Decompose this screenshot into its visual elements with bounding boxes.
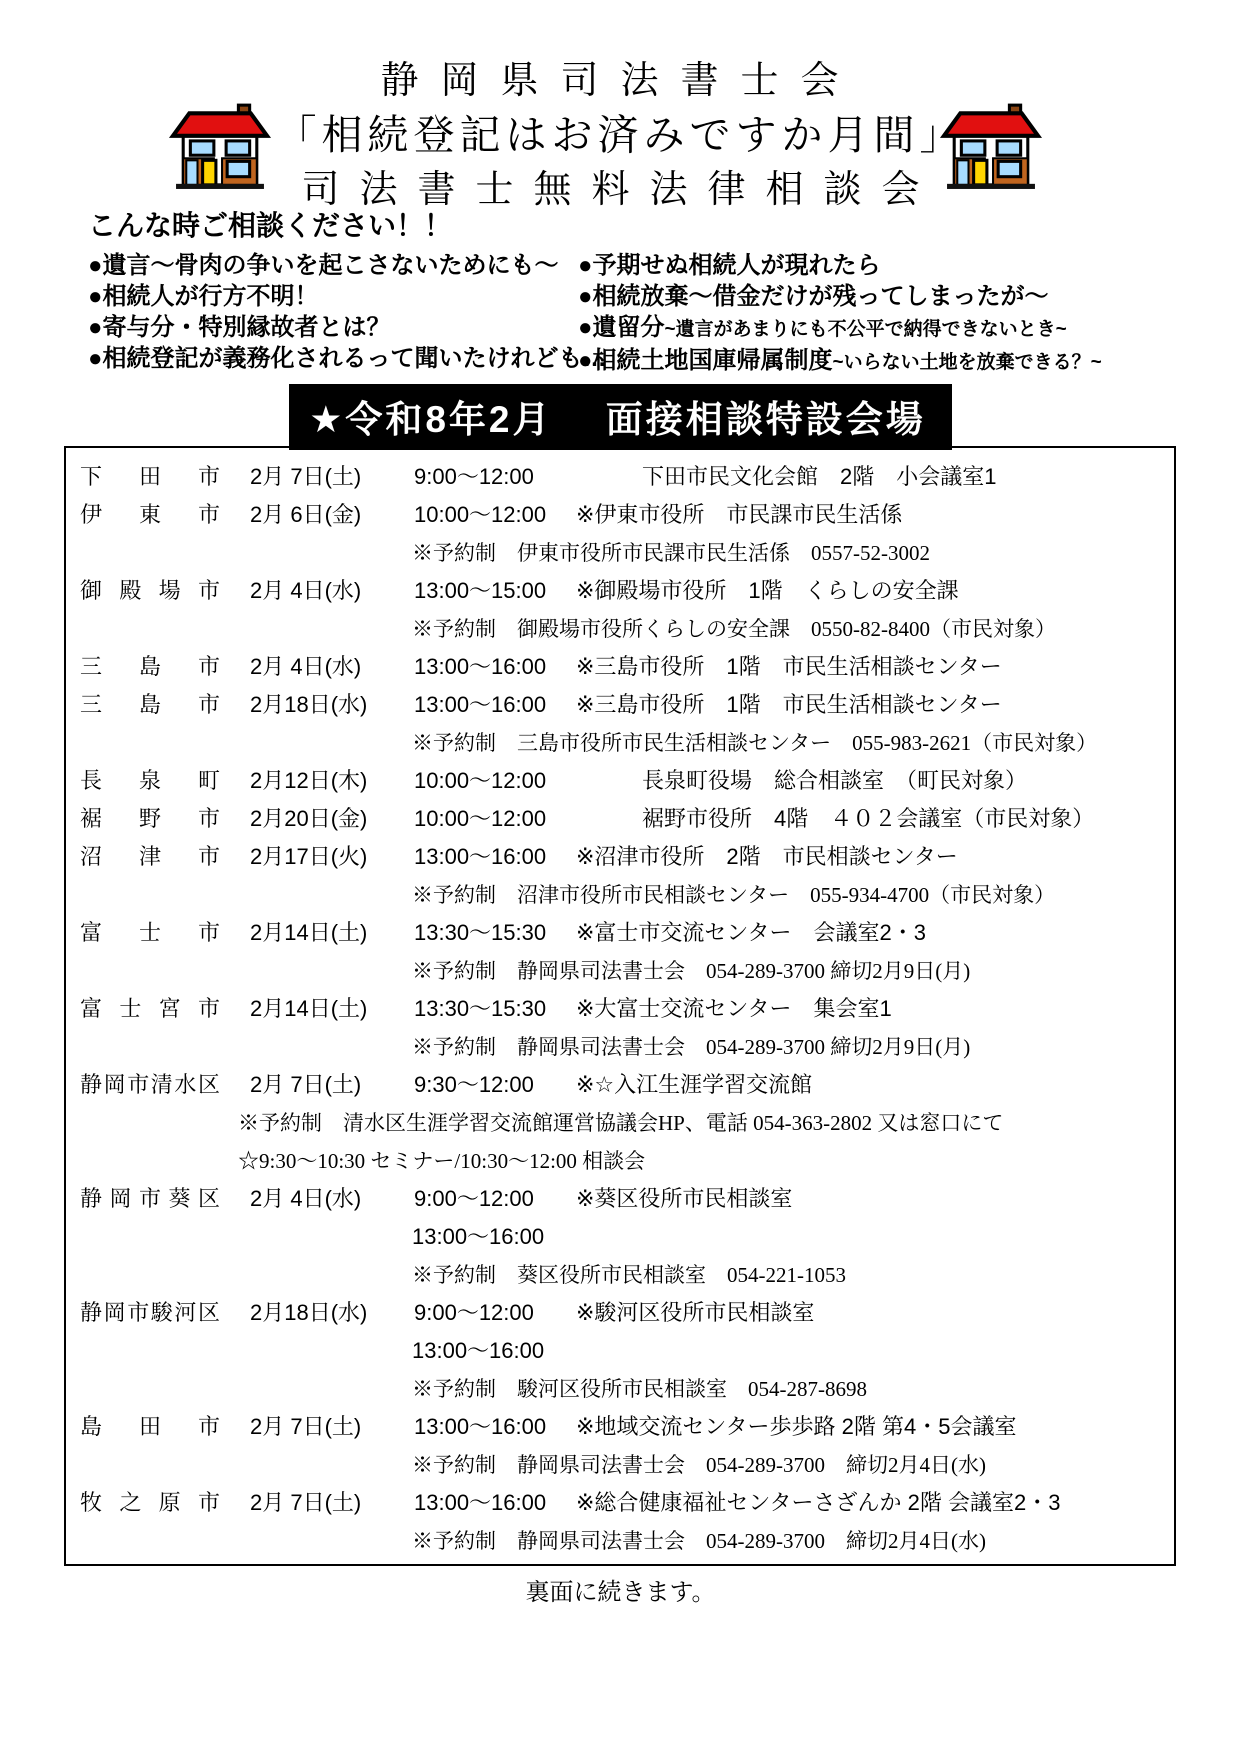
house-icon (162, 99, 278, 191)
cell-venue: ※☆入江生涯学習交流館 (576, 1066, 812, 1104)
note-line: ※予約制 沼津市役所市民相談センター 055-934-4700（市民対象） (66, 876, 1174, 914)
intro-section: こんな時ご相談ください！！ ●遺言～骨肉の争いを起こさないためにも～●相続人が行… (88, 208, 1178, 378)
cell-time: 9:30～12:00 (414, 1066, 576, 1104)
table-row: 御殿場市2月 4日(水)13:00～15:00※御殿場市役所 1階 くらしの安全… (66, 572, 1174, 648)
schedule-table: 下田市2月 7日(土) 9:00～12:00下田市民文化会館 2階 小会議室1伊… (64, 446, 1176, 1566)
cell-venue: ※御殿場市役所 1階 くらしの安全課 (576, 572, 959, 610)
cell-city: 伊東市 (80, 496, 220, 534)
cell-date: 2月20日(金) (250, 800, 396, 838)
cell-date: 2月18日(水) (250, 686, 396, 724)
footer-note: 裏面に続きます。 (0, 1572, 1241, 1607)
cell-city: 三島市 (80, 686, 220, 724)
table-row: 牧之原市2月 7日(土)13:00～16:00※総合健康福祉センターさざんか 2… (66, 1484, 1174, 1560)
note-line: ※予約制 三島市役所市民生活相談センター 055-983-2621（市民対象） (66, 724, 1174, 762)
note-line: ※予約制 御殿場市役所くらしの安全課 0550-82-8400（市民対象） (66, 610, 1174, 648)
cell-venue: ※三島市役所 1階 市民生活相談センター (576, 648, 1002, 686)
cell-city: 静岡市駿河区 (80, 1294, 220, 1332)
cell-city: 島田市 (80, 1408, 220, 1446)
bullets-right: ●予期せぬ相続人が現れたら●相続放棄～借金だけが残ってしまったが～●遺留分~遺言… (578, 250, 1178, 378)
cell-date: 2月 4日(水) (250, 1180, 396, 1218)
banner-text: ★令和8年2月 面接相談特設会場 (289, 384, 952, 450)
cell-venue: 下田市民文化会館 2階 小会議室1 (576, 458, 996, 496)
cell-time: 13:00～16:00 (414, 838, 576, 876)
cell-venue: ※伊東市役所 市民課市民生活係 (576, 496, 902, 534)
cell-city: 裾野市 (80, 800, 220, 838)
cell-time: 13:00～16:00 (414, 648, 576, 686)
note-line: ※予約制 葵区役所市民相談室 054-221-1053 (66, 1256, 1174, 1294)
note-line: ※予約制 駿河区役所市民相談室 054-287-8698 (66, 1370, 1174, 1408)
section-banner: ★令和8年2月 面接相談特設会場 (0, 384, 1241, 450)
cell-city: 静岡市清水区 (80, 1066, 220, 1104)
bullet-item: ●相続放棄～借金だけが残ってしまったが～ (578, 281, 1178, 312)
cell-venue: ※三島市役所 1階 市民生活相談センター (576, 686, 1002, 724)
cell-venue: 裾野市役所 4階 ４０２会議室（市民対象） (576, 800, 1094, 838)
cell-city: 御殿場市 (80, 572, 220, 610)
cell-date: 2月14日(土) (250, 914, 396, 952)
bullet-item: ●相続人が行方不明！ (88, 281, 578, 312)
cell-date: 2月17日(火) (250, 838, 396, 876)
bullet-item: ●遺言～骨肉の争いを起こさないためにも～ (88, 250, 578, 281)
cell-time: 10:00～12:00 (414, 800, 576, 838)
intro-heading: こんな時ご相談ください！！ (88, 208, 1178, 244)
header: 静岡県司法書士会 「相続登記はお済みですか月間」 司法書士無料法律相談会 (0, 55, 1241, 217)
cell-date: 2月 7日(土) (250, 1408, 396, 1446)
cell-venue: ※富士市交流センター 会議室2・3 (576, 914, 926, 952)
table-row: 島田市2月 7日(土)13:00～16:00※地域交流センター歩歩路 2階 第4… (66, 1408, 1174, 1484)
bullet-item: ●寄与分・特別縁故者とは？ (88, 312, 578, 343)
bullet-item: ●相続登記が義務化されるって聞いたけれども… (88, 343, 578, 374)
table-row: 静岡市葵区2月 4日(水) 9:00～12:00※葵区役所市民相談室13:00～… (66, 1180, 1174, 1294)
cell-date: 2月 6日(金) (250, 496, 396, 534)
house-icon (933, 99, 1049, 191)
cell-venue: ※地域交流センター歩歩路 2階 第4・5会議室 (576, 1408, 1017, 1446)
cell-city: 沼津市 (80, 838, 220, 876)
table-row: 伊東市2月 6日(金)10:00～12:00※伊東市役所 市民課市民生活係※予約… (66, 496, 1174, 572)
cell-venue: 長泉町役場 総合相談室 （町民対象） (576, 762, 1027, 800)
cell-time: 9:00～12:00 (414, 1180, 576, 1218)
table-row: 裾野市2月20日(金)10:00～12:00裾野市役所 4階 ４０２会議室（市民… (66, 800, 1174, 838)
table-row: 静岡市清水区2月 7日(土) 9:30～12:00※☆入江生涯学習交流館※予約制… (66, 1066, 1174, 1180)
note-line: ☆9:30～10:30 セミナー/10:30～12:00 相談会 (66, 1142, 1174, 1180)
cell-date: 2月 7日(土) (250, 458, 396, 496)
table-row: 長泉町2月12日(木)10:00～12:00長泉町役場 総合相談室 （町民対象） (66, 762, 1174, 800)
cell-date: 2月 4日(水) (250, 572, 396, 610)
cell-city: 静岡市葵区 (80, 1180, 220, 1218)
cell-time: 9:00～12:00 (414, 1294, 576, 1332)
cell-time: 13:00～16:00 (414, 1408, 576, 1446)
cell-date: 2月 4日(水) (250, 648, 396, 686)
cell-city: 三島市 (80, 648, 220, 686)
cell-time2: 13:00～16:00 (66, 1218, 1174, 1256)
cell-date: 2月14日(土) (250, 990, 396, 1028)
cell-date: 2月 7日(土) (250, 1484, 396, 1522)
cell-city: 富士宮市 (80, 990, 220, 1028)
table-row: 三島市2月18日(水)13:00～16:00※三島市役所 1階 市民生活相談セン… (66, 686, 1174, 762)
cell-time: 10:00～12:00 (414, 762, 576, 800)
bullet-item: ●相続土地国庫帰属制度~いらない土地を放棄できる？~ (578, 345, 1178, 378)
note-line: ※予約制 静岡県司法書士会 054-289-3700 締切2月4日(水) (66, 1446, 1174, 1484)
cell-time: 13:00～16:00 (414, 1484, 576, 1522)
cell-time: 10:00～12:00 (414, 496, 576, 534)
note-line: ※予約制 静岡県司法書士会 054-289-3700 締切2月9日(月) (66, 1028, 1174, 1066)
cell-time: 13:30～15:30 (414, 990, 576, 1028)
bullet-columns: ●遺言～骨肉の争いを起こさないためにも～●相続人が行方不明！●寄与分・特別縁故者… (88, 250, 1178, 378)
cell-date: 2月12日(木) (250, 762, 396, 800)
note-line: ※予約制 伊東市役所市民課市民生活係 0557-52-3002 (66, 534, 1174, 572)
cell-time: 13:00～15:00 (414, 572, 576, 610)
cell-city: 下田市 (80, 458, 220, 496)
cell-time: 13:30～15:30 (414, 914, 576, 952)
note-line: ※予約制 静岡県司法書士会 054-289-3700 締切2月9日(月) (66, 952, 1174, 990)
table-row: 静岡市駿河区2月18日(水) 9:00～12:00※駿河区役所市民相談室13:0… (66, 1294, 1174, 1408)
table-row: 沼津市2月17日(火)13:00～16:00※沼津市役所 2階 市民相談センター… (66, 838, 1174, 914)
bullet-item: ●遺留分~遺言があまりにも不公平で納得できないとき~ (578, 312, 1178, 345)
cell-date: 2月 7日(土) (250, 1066, 396, 1104)
table-row: 富士市2月14日(土)13:30～15:30※富士市交流センター 会議室2・3※… (66, 914, 1174, 990)
table-row: 三島市2月 4日(水)13:00～16:00※三島市役所 1階 市民生活相談セン… (66, 648, 1174, 686)
cell-venue: ※大富士交流センター 集会室1 (576, 990, 892, 1028)
note-line: ※予約制 清水区生涯学習交流館運営協議会HP、電話 054-363-2802 又… (66, 1104, 1174, 1142)
table-row: 富士宮市2月14日(土)13:30～15:30※大富士交流センター 集会室1※予… (66, 990, 1174, 1066)
bullets-left: ●遺言～骨肉の争いを起こさないためにも～●相続人が行方不明！●寄与分・特別縁故者… (88, 250, 578, 378)
cell-venue: ※駿河区役所市民相談室 (576, 1294, 814, 1332)
cell-time2: 13:00～16:00 (66, 1332, 1174, 1370)
note-line: ※予約制 静岡県司法書士会 054-289-3700 締切2月4日(水) (66, 1522, 1174, 1560)
cell-date: 2月18日(水) (250, 1294, 396, 1332)
cell-city: 富士市 (80, 914, 220, 952)
table-row: 下田市2月 7日(土) 9:00～12:00下田市民文化会館 2階 小会議室1 (66, 458, 1174, 496)
cell-time: 9:00～12:00 (414, 458, 576, 496)
cell-city: 牧之原市 (80, 1484, 220, 1522)
cell-venue: ※葵区役所市民相談室 (576, 1180, 792, 1218)
cell-venue: ※沼津市役所 2階 市民相談センター (576, 838, 958, 876)
cell-time: 13:00～16:00 (414, 686, 576, 724)
cell-city: 長泉町 (80, 762, 220, 800)
bullet-item: ●予期せぬ相続人が現れたら (578, 250, 1178, 281)
cell-venue: ※総合健康福祉センターさざんか 2階 会議室2・3 (576, 1484, 1061, 1522)
